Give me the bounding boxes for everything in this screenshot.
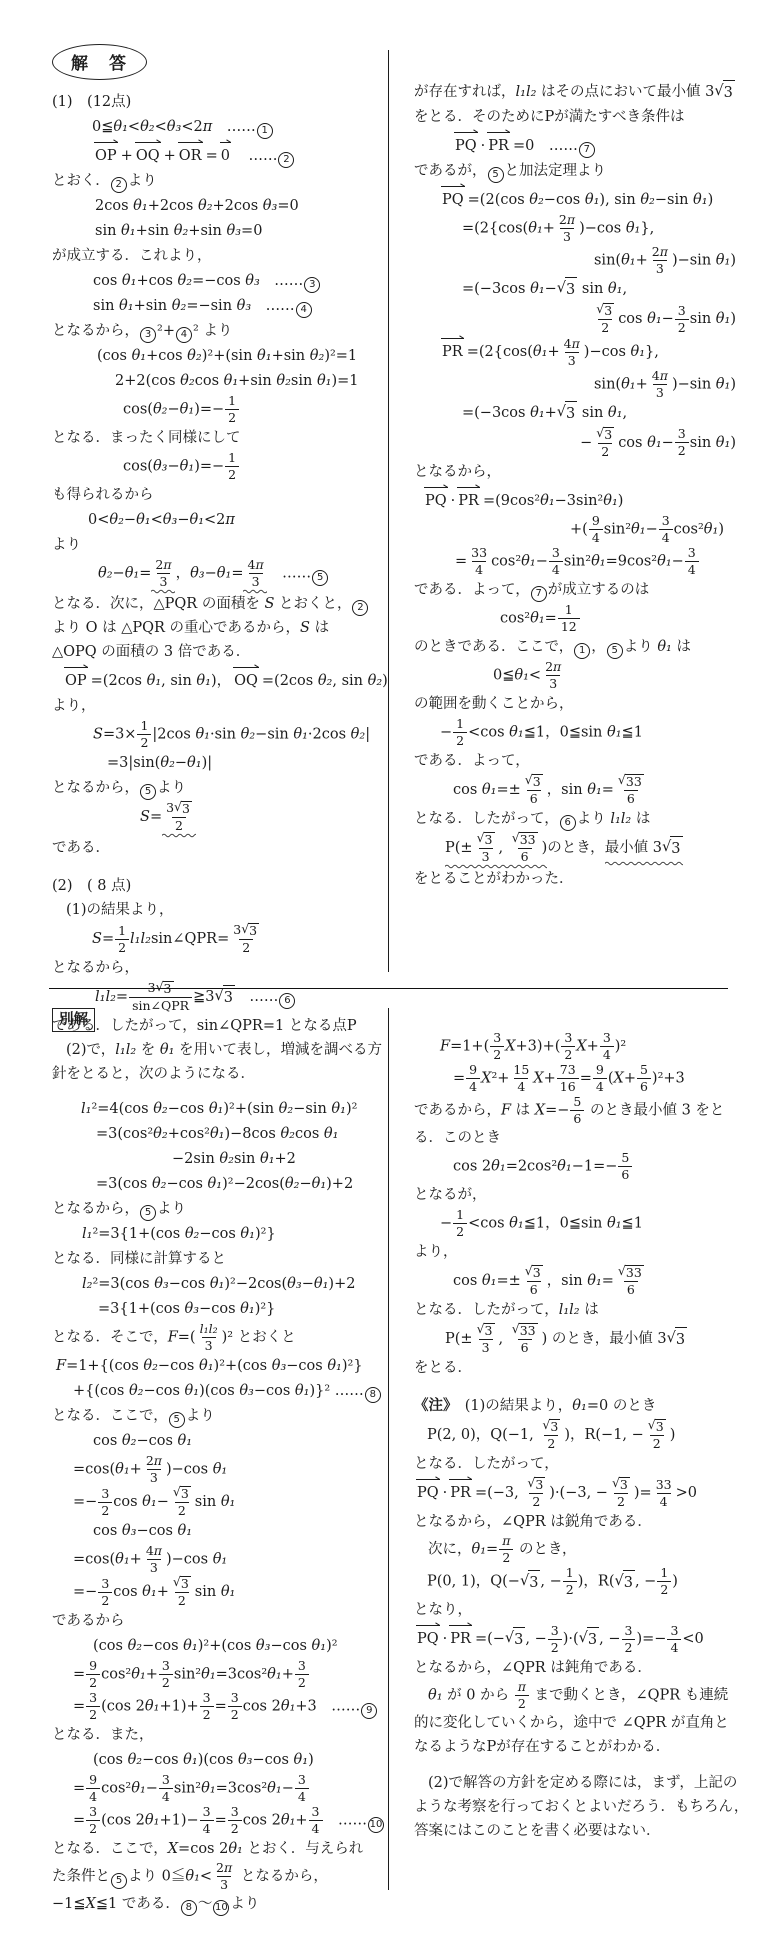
radical-sign: √ (525, 1264, 533, 1278)
denominator: 2 (563, 1581, 577, 1597)
text-line: となる．ここで，5より (52, 1404, 382, 1428)
denominator: 12 (558, 618, 580, 634)
bold-text: 《注》 (414, 1397, 450, 1414)
text-line: となるから，5より (52, 776, 382, 800)
sqrt: √3 (477, 1323, 495, 1338)
formula-line: =3{1+(cos θ₃−cos θ₁)²} (52, 1297, 382, 1321)
denominator: 2 (561, 1046, 575, 1062)
radical-sign: √ (527, 1476, 535, 1490)
formula-line: cos θ₂−cos θ₁ (52, 1429, 382, 1453)
text-line: となる．まったく同様にして (52, 426, 382, 450)
numerator: 3 (295, 1659, 309, 1674)
denominator: 4 (309, 1820, 323, 1836)
denominator: 4 (659, 529, 673, 545)
numerator: 4π (244, 558, 266, 573)
numerator: l₁l₂ (197, 1322, 221, 1337)
wavy-underline: 最小値 3√3 (605, 836, 683, 863)
numerator: 33 (468, 546, 490, 561)
numerator: 1 (115, 924, 129, 939)
fraction: 34 (200, 1805, 214, 1836)
text-line: となるから，∠QPR は鋭角である． (414, 1510, 744, 1534)
fraction: √33 (474, 832, 498, 864)
sqrt: √3 (612, 1477, 630, 1492)
fraction: √36 (522, 1265, 546, 1297)
fraction: 32 (675, 304, 689, 335)
denominator: 2 (200, 1706, 214, 1722)
solution-page: 解 答 (1) (12点)0≦θ₁<θ₂<θ₃<2π ……1OP+OQ+OR=0… (0, 0, 774, 1940)
alt-header-box: 別解 (52, 1008, 95, 1032)
denominator: 2 (515, 1695, 529, 1711)
vector: OQ (134, 140, 163, 168)
radical-sign: √ (579, 1626, 588, 1650)
fraction: 12 (137, 719, 151, 750)
formula-line: 2cos θ₁+2cos θ₂+2cos θ₃=0 (52, 194, 382, 218)
formula-line: =cos(θ₁+4π3)−cos θ₁ (52, 1544, 382, 1575)
circled-number: 4 (296, 302, 312, 318)
fraction: √32 (593, 303, 617, 335)
formula-line: l₁²=3{1+(cos θ₂−cos θ₁)²} (52, 1222, 382, 1246)
column-divider-alt (388, 1008, 389, 1890)
denominator: 3 (217, 1876, 231, 1892)
fraction: 2π3 (213, 1861, 235, 1892)
denominator: 4 (514, 1078, 528, 1094)
fraction: √32 (609, 1477, 633, 1509)
circled-number: 5 (111, 1873, 127, 1889)
sqrt: √3 (596, 303, 614, 318)
text-line: となる．したがって，6より l₁l₂ は (414, 807, 744, 831)
numerator: 2π (556, 213, 578, 228)
radicand: 33 (519, 832, 538, 847)
sqrt: √3 (173, 1576, 191, 1591)
fraction: 4π3 (244, 558, 266, 589)
text-line: も得られるから (52, 483, 382, 507)
sqrt: √33 (618, 774, 644, 789)
denominator: 3 (653, 260, 667, 276)
numerator: 1 (225, 394, 239, 409)
text-line: △OPQ の面積の 3 倍である． (52, 640, 382, 664)
spacer (52, 860, 382, 874)
numerator: 3 (228, 1691, 242, 1706)
text-line: となる．次に，△PQR の面積を S とおくと，2 (52, 592, 382, 616)
radicand: 3 (619, 1477, 630, 1492)
denominator: 3 (479, 848, 493, 864)
denominator: 6 (624, 1281, 638, 1297)
fraction: √32 (593, 427, 617, 459)
numerator: 3 (98, 1577, 112, 1592)
vector: PR (440, 336, 466, 364)
radicand: 3 (603, 427, 614, 442)
numerator: 3√3 (230, 923, 262, 939)
denominator: 4 (200, 1820, 214, 1836)
numerator: 3 (667, 1624, 681, 1639)
vector: PQ (423, 485, 450, 513)
radicand: 3 (180, 1486, 191, 1501)
vector: PR (448, 1623, 474, 1651)
sqrt: √33 (512, 1323, 538, 1338)
fraction: 112 (558, 603, 580, 634)
fraction: 34 (159, 1773, 173, 1804)
fraction: 3√32 (163, 801, 195, 833)
vector: PR (456, 485, 482, 513)
fraction: 7316 (557, 1063, 579, 1094)
circled-number: 10 (368, 1817, 384, 1833)
denominator: 4 (86, 1788, 100, 1804)
formula-line: S=3×12|2cos θ₁·sin θ₂−sin θ₁·2cos θ₂| (52, 719, 382, 750)
denominator: 2 (295, 1674, 309, 1690)
denominator: 2 (228, 1820, 242, 1836)
numerator: √3 (524, 1477, 548, 1493)
denominator: 4 (593, 1078, 607, 1094)
wavy-underline: 3√32 (162, 801, 196, 835)
numerator: 3 (98, 1487, 112, 1502)
numerator: 3 (561, 1031, 575, 1046)
radical-sign: √ (714, 79, 723, 103)
formula-line: 2+2(cos θ₂cos θ₁+sin θ₂sin θ₁)=1 (52, 369, 382, 393)
formula-line: S=12l₁l₂sin∠QPR=3√32 (52, 923, 382, 955)
formula-line: F=1+{(cos θ₂−cos θ₁)²+(cos θ₃−cos θ₁)²} (52, 1354, 382, 1378)
vector: PQ (415, 1623, 442, 1651)
denominator: 3 (147, 1559, 161, 1575)
numerator: 3 (548, 1624, 562, 1639)
fraction: 32 (675, 427, 689, 458)
text-line: より O は △PQR の重心であるから，S は (52, 616, 382, 640)
numerator: 15 (510, 1063, 532, 1078)
denominator: 2 (453, 732, 467, 748)
numerator: 9 (86, 1659, 100, 1674)
formula-line: cos θ₃−cos θ₁ (52, 1519, 382, 1543)
radical-sign: √ (662, 835, 671, 859)
vector: PQ (440, 184, 467, 212)
circled-number: 4 (176, 327, 192, 343)
radicand: 3 (513, 1627, 525, 1652)
text-line: の範囲を動くことから， (414, 692, 744, 716)
circled-number: 5 (312, 570, 328, 586)
sqrt: √3 (596, 427, 614, 442)
text-line: 次に，θ₁=π2 のとき， (414, 1534, 744, 1565)
numerator: 4π (649, 369, 671, 384)
answer-header-box: 解 答 (52, 44, 147, 80)
denominator: 3 (147, 1469, 161, 1485)
formula-line: =334cos²θ₁−34sin²θ₁=9cos²θ₁−34 (414, 546, 744, 577)
numerator: 1 (562, 603, 576, 618)
denominator: 2 (86, 1706, 100, 1722)
formula-line: =3(cos²θ₂+cos²θ₁)−8cos θ₂cos θ₁ (52, 1122, 382, 1146)
numerator: 3 (685, 546, 699, 561)
formula-line: P(±√33, √336)のとき，最小値 3√3 (414, 832, 744, 866)
formula-line: 0<θ₂−θ₁<θ₃−θ₁<2π (52, 508, 382, 532)
text-line: なるようなPが存在することがわかる． (414, 1735, 744, 1759)
formula-line: =3|sin(θ₂−θ₁)| (52, 751, 382, 775)
formula-line: 0≦θ₁<2π3 (414, 660, 744, 691)
text-line: が成立する．これより， (52, 244, 382, 268)
formula-line: =cos(θ₁+2π3)−cos θ₁ (52, 1454, 382, 1485)
formula-line: =32(cos 2θ₁+1)−34=32cos 2θ₁+34 ……10 (52, 1805, 382, 1836)
formula-line: PQ=(2(cos θ₂−cos θ₁), sin θ₂−sin θ₁) (414, 184, 744, 212)
fraction: 12 (453, 717, 467, 748)
denominator: 2 (175, 1502, 189, 1518)
formula-line: =(−3cos θ₁−√3 sin θ₁, (414, 277, 744, 302)
fraction: √336 (509, 832, 541, 864)
fraction: 334 (468, 546, 490, 577)
circled-number: 6 (279, 993, 295, 1009)
radical-sign: √ (614, 1569, 623, 1593)
wavy-line (605, 861, 683, 866)
numerator: 3√3 (163, 801, 195, 817)
text-line: である．よって， (414, 749, 744, 773)
radicand: 3 (670, 836, 682, 861)
circled-number: 5 (140, 1205, 156, 1221)
numerator: 3 (159, 1773, 173, 1788)
fraction: 94 (589, 514, 603, 545)
denominator: 2 (598, 319, 612, 335)
text-line: 答案にはこのことを書く必要はない． (414, 1819, 744, 1843)
circled-number: 3 (140, 327, 156, 343)
numerator: 9 (589, 514, 603, 529)
formula-line: =−32cos θ₁−√32sin θ₁ (52, 1486, 382, 1518)
spacer (414, 1759, 744, 1771)
wavy-underline: 4π3 (243, 558, 267, 591)
fraction: √32 (645, 1419, 669, 1451)
denominator: 2 (499, 1549, 513, 1565)
radical-sign: √ (477, 1322, 485, 1336)
text-line: となる．同様に計算すると (52, 1247, 382, 1271)
text-line: が存在すれば，l₁l₂ はその点において最小値 3√3 (414, 80, 744, 105)
numerator: 5 (618, 1151, 632, 1166)
vector: OP (93, 140, 120, 168)
numerator: √33 (509, 832, 541, 848)
circled-number: 5 (140, 784, 156, 800)
numerator: 73 (557, 1063, 579, 1078)
numerator: 3 (659, 514, 673, 529)
fraction: 12 (225, 451, 239, 482)
fraction: 32 (228, 1805, 242, 1836)
denominator: 2 (453, 1223, 467, 1239)
denominator: 4 (466, 1078, 480, 1094)
fraction: 12 (115, 924, 129, 955)
text-line: となる．したがって，l₁l₂ は (414, 1298, 744, 1322)
text-line: であるから，F は X=−56 のとき最小値 3 をと (414, 1095, 744, 1126)
radical-sign: √ (520, 1569, 529, 1593)
text-line: となるから， (52, 956, 382, 980)
formula-line: (cos θ₂−cos θ₁)(cos θ₃−cos θ₁) (52, 1748, 382, 1772)
fraction: 56 (570, 1095, 584, 1126)
answer-header-label: 解 答 (71, 54, 128, 74)
numerator: 3 (675, 427, 689, 442)
fraction: 32 (490, 1031, 504, 1062)
formula-line: PQ·PR=(9cos²θ₁−3sin²θ₁) (414, 485, 744, 513)
fraction: 4π3 (649, 369, 671, 400)
circled-number: 6 (560, 815, 576, 831)
denominator: 6 (618, 1166, 632, 1182)
radicand: 3 (723, 80, 735, 105)
spacer (414, 1380, 744, 1394)
radicand: 3 (565, 277, 577, 302)
text-line: をとることがわかった． (414, 867, 744, 891)
numerator: 3 (600, 1031, 614, 1046)
vector: PR (486, 130, 512, 158)
circled-number: 9 (361, 1703, 377, 1719)
text-line: となる．そこで，F=(l₁l₂3)² とおくと (52, 1322, 382, 1353)
circled-number: 7 (531, 586, 547, 602)
circled-number: 1 (257, 123, 273, 139)
numerator: √33 (615, 1265, 647, 1281)
numerator: 3 (200, 1691, 214, 1706)
denominator: 2 (86, 1820, 100, 1836)
denominator: 4 (685, 561, 699, 577)
fraction: l₁l₂3 (197, 1322, 221, 1353)
text-line: た条件と5より 0≦θ₁<2π3 となるから， (52, 1861, 382, 1892)
numerator: 9 (593, 1063, 607, 1078)
alt-header-label: 別解 (59, 1011, 88, 1028)
fraction: 94 (593, 1063, 607, 1094)
fraction: 2π3 (556, 213, 578, 244)
denominator: 4 (472, 561, 486, 577)
sqrt: √3 (527, 1477, 545, 1492)
numerator: √3 (539, 1419, 563, 1435)
denominator: 2 (172, 817, 186, 833)
denominator: 2 (675, 319, 689, 335)
fraction: 2π3 (542, 660, 564, 691)
radical-sign: √ (512, 831, 520, 845)
fraction: 2π3 (649, 245, 671, 276)
formula-line: =92cos²θ₁+32sin²θ₁=3cos²θ₁+32 (52, 1659, 382, 1690)
fraction: 4π3 (561, 337, 583, 368)
sqrt: √3 (542, 1419, 560, 1434)
fraction: √32 (524, 1477, 548, 1509)
text-line: となる．ここで，X=cos 2θ₁ とおく．与えられ (52, 1837, 382, 1861)
radicand: 33 (625, 774, 644, 789)
text-line: となり， (414, 1598, 744, 1622)
denominator: 3 (202, 1337, 216, 1353)
formula-line: cos θ₁+cos θ₂=−cos θ₃ ……3 (52, 269, 382, 293)
formula-line: sin θ₁+sin θ₂+sin θ₃=0 (52, 219, 382, 243)
fraction: 92 (86, 1659, 100, 1690)
radical-sign: √ (512, 1322, 520, 1336)
text-line: より， (414, 1240, 744, 1264)
formula-line: −12<cos θ₁≦1，0≦sin θ₁≦1 (414, 717, 744, 748)
sqrt: √3 (241, 923, 259, 938)
text-line: (2) ( 8 点) (52, 874, 382, 898)
numerator: √3 (609, 1477, 633, 1493)
text-line: であるが，5と加法定理より (414, 159, 744, 183)
numerator: 3 (549, 546, 563, 561)
radical-sign: √ (505, 1626, 514, 1650)
denominator: 2 (98, 1502, 112, 1518)
sqrt: √3 (714, 80, 734, 105)
formula-line: √32cos θ₁−32sin θ₁) (414, 303, 744, 335)
radicand: 3 (565, 401, 577, 426)
fraction: 4π3 (143, 1544, 165, 1575)
denominator: 2 (490, 1046, 504, 1062)
formula-line: =94X²+154X+7316=94(X+56)²+3 (414, 1063, 744, 1094)
fraction: 32 (98, 1577, 112, 1608)
numerator: 1 (563, 1566, 577, 1581)
text-line: (1)の結果より， (52, 898, 382, 922)
formula-line: P(±√33, √336) のとき，最小値 3√3 (414, 1323, 744, 1355)
denominator: 2 (175, 1592, 189, 1608)
sqrt: √3 (525, 774, 543, 789)
numerator: √3 (522, 774, 546, 790)
text-line: となるから，∠QPR は鈍角である． (414, 1656, 744, 1680)
vector: OP (63, 665, 90, 693)
fraction: 34 (295, 1773, 309, 1804)
numerator: 9 (466, 1063, 480, 1078)
circled-number: 2 (352, 600, 368, 616)
fraction: 32 (159, 1659, 173, 1690)
formula-line: cos(θ₂−θ₁)=−12 (52, 394, 382, 425)
numerator: π (499, 1534, 513, 1549)
text-line: る．このとき (414, 1126, 744, 1150)
numerator: 5 (570, 1095, 584, 1110)
denominator: 6 (518, 1339, 532, 1355)
fraction: √32 (170, 1486, 194, 1518)
text-line: となる．したがって， (414, 1452, 744, 1476)
sqrt: √3 (557, 277, 577, 302)
main-right-column: が存在すれば，l₁l₂ はその点において最小値 3√3をとる．そのためにPが満た… (414, 80, 744, 891)
numerator: √33 (615, 774, 647, 790)
formula-line: cos 2θ₁=2cos²θ₁−1=−56 (414, 1151, 744, 1182)
numerator: 3 (622, 1624, 636, 1639)
denominator: 2 (598, 443, 612, 459)
circled-number: 8 (365, 1387, 381, 1403)
formula-line: cos(θ₃−θ₁)=−12 (52, 451, 382, 482)
formula-line: −12<cos θ₁≦1，0≦sin θ₁≦1 (414, 1208, 744, 1239)
sqrt: √33 (618, 1265, 644, 1280)
denominator: 2 (529, 1493, 543, 1509)
numerator: 2π (649, 245, 671, 260)
text-line: である．よって，7が成立するのは (414, 578, 744, 602)
fraction: 32 (98, 1487, 112, 1518)
formula-line: PQ·PR=(−3, √32)·(−3, −√32)=334>0 (414, 1477, 744, 1509)
radical-sign: √ (618, 773, 626, 787)
denominator: 3 (157, 573, 171, 589)
text-line: −1≦X≦1 である．8〜10より (52, 1892, 382, 1916)
text-line: 《注》 (1)の結果より，θ₁=0 のとき (414, 1394, 744, 1418)
formula-line: θ₂−θ₁=2π3，θ₃−θ₁=4π3 ……5 (52, 558, 382, 591)
text-line: 針をとると，次のようになる． (52, 1062, 382, 1086)
sqrt: √3 (557, 401, 577, 426)
radical-sign: √ (542, 1418, 550, 1432)
formula-line: =−32cos θ₁+√32sin θ₁ (52, 1576, 382, 1608)
formula-line: cos²θ₁=112 (414, 603, 744, 634)
circled-number: 8 (181, 1900, 197, 1916)
text-line: とおく．2より (52, 169, 382, 193)
circled-number: 10 (213, 1900, 229, 1916)
denominator: 2 (137, 734, 151, 750)
denominator: 2 (115, 939, 129, 955)
fraction: 334 (653, 1478, 675, 1509)
sqrt: √3 (174, 801, 192, 816)
numerator: 2π (213, 1861, 235, 1876)
fraction: 12 (563, 1566, 577, 1597)
vector: 0 (219, 140, 233, 168)
formula-line: sin θ₁+sin θ₂=−sin θ₃ ……4 (52, 294, 382, 318)
numerator: √3 (170, 1486, 194, 1502)
wavy-underline: 2π3 (151, 558, 175, 591)
text-line: (2)で解答の方針を定める際には，まず，上記の (414, 1771, 744, 1795)
fraction: 56 (637, 1063, 651, 1094)
text-line: より， (52, 694, 382, 718)
alt-right-column: F=1+(32X+3)+(32X+34)²=94X²+154X+7316=94(… (414, 1030, 744, 1843)
fraction: 12 (657, 1566, 671, 1597)
numerator: 3 (200, 1805, 214, 1820)
formula-line: −√32cos θ₁−32sin θ₁) (414, 427, 744, 459)
circled-number: 7 (579, 142, 595, 158)
formula-line: PQ·PR=0 ……7 (414, 130, 744, 158)
formula-line: PR=(2{cos(θ₁+4π3)−cos θ₁}, (414, 336, 744, 368)
formula-line: cos θ₁=±√36，sin θ₁=√336 (414, 1265, 744, 1297)
formula-line: =94cos²θ₁−34sin²θ₁=3cos²θ₁−34 (52, 1773, 382, 1804)
